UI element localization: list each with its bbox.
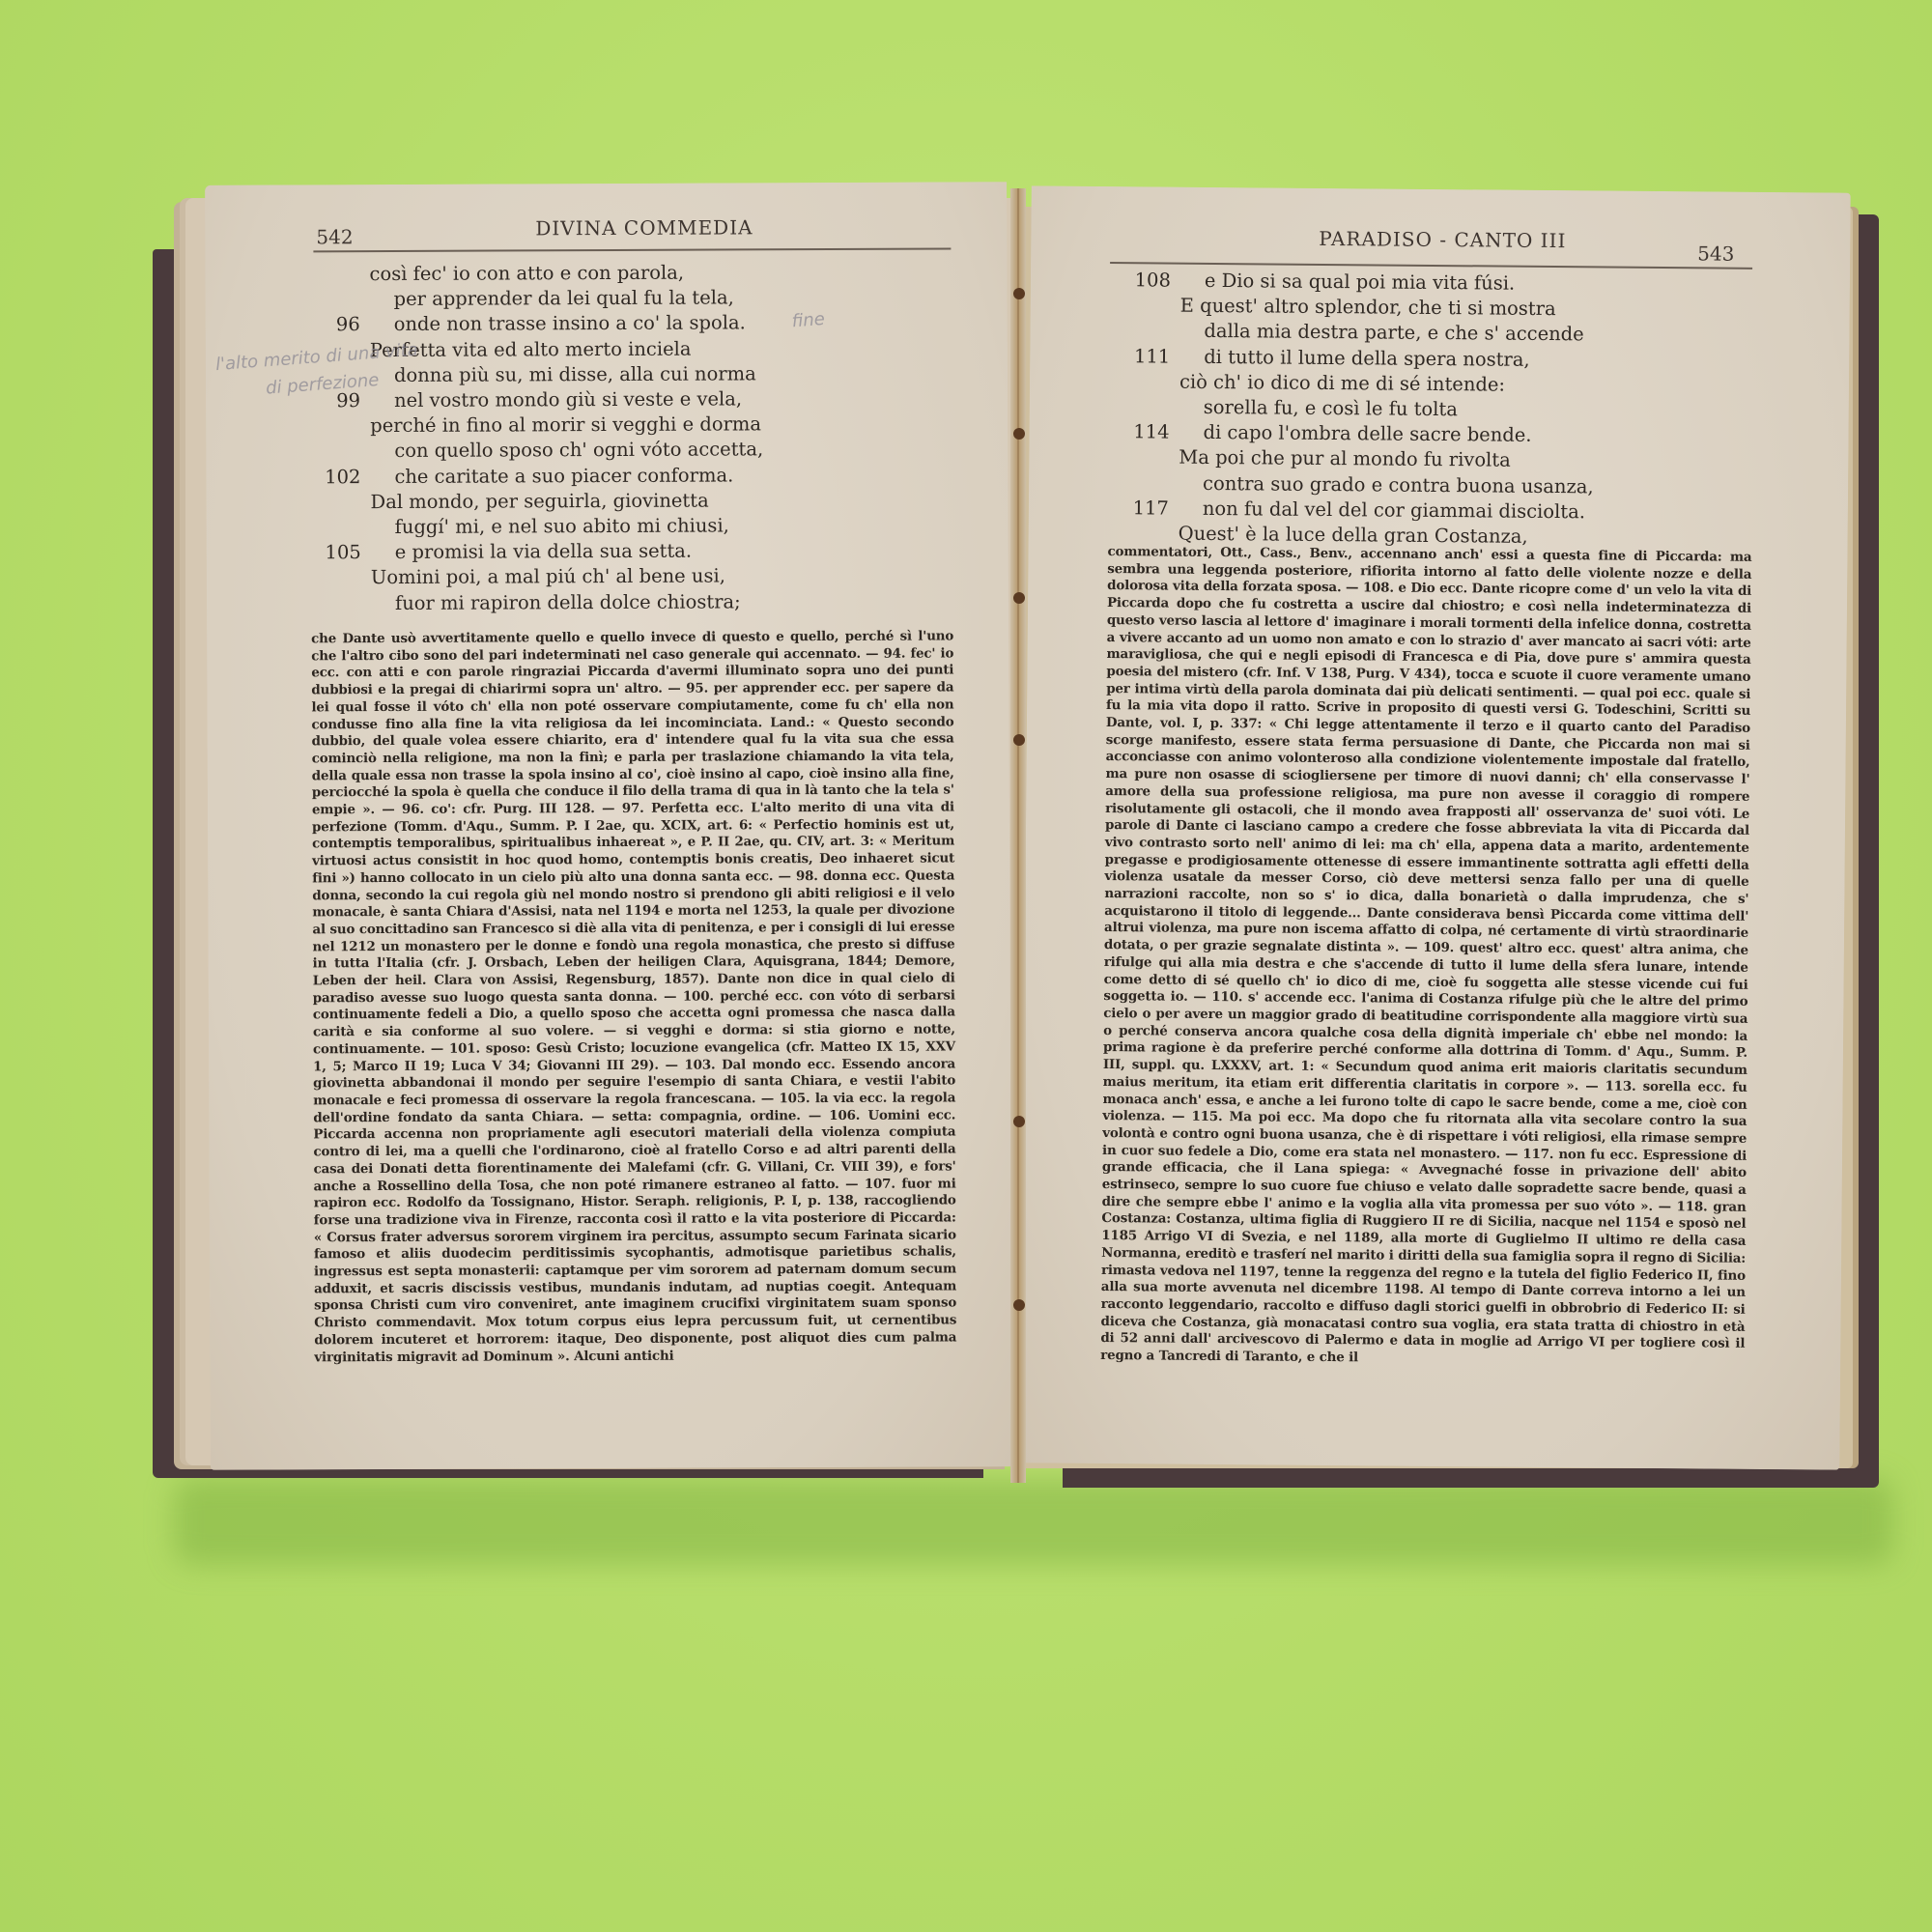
verse-text: dalla mia destra parte, e che s' accende bbox=[1204, 320, 1583, 345]
binding-stitch bbox=[1013, 592, 1025, 604]
verse-number: 114 bbox=[1121, 419, 1169, 445]
pencil-annotation: fine bbox=[791, 309, 826, 331]
verse-line: con quello sposo ch' ogni vóto accetta, bbox=[312, 437, 911, 465]
verse-text: ciò ch' io dico di me di sé intende: bbox=[1179, 370, 1505, 395]
verse-number: 117 bbox=[1121, 496, 1169, 522]
verse-line: 105e promisi la via della sua setta. bbox=[313, 538, 912, 566]
verse-number: 102 bbox=[312, 465, 360, 490]
verse-text: onde non trasse insino a co' la spola. bbox=[394, 312, 746, 336]
verse-text: nel vostro mondo giù si veste e vela, bbox=[394, 387, 742, 412]
verse-text: Uomini poi, a mal piú ch' al bene usi, bbox=[371, 565, 725, 589]
running-head-right: PARADISO - CANTO III bbox=[1319, 227, 1566, 252]
verse-block-right: 108e Dio si sa qual poi mia vita fúsi.E … bbox=[1121, 268, 1721, 552]
verse-text: fuggí' mi, e nel suo abito mi chiusi, bbox=[395, 514, 729, 538]
verse-text: perché in fino al morir si vegghi e dorm… bbox=[370, 413, 761, 438]
binding-stitch bbox=[1013, 1299, 1025, 1311]
verse-line: così fec' io con atto e con parola, bbox=[311, 260, 910, 288]
verse-text: che caritate a suo piacer conforma. bbox=[394, 464, 733, 488]
verse-line: fuggí' mi, e nel suo abito mi chiusi, bbox=[313, 513, 912, 541]
running-head-left: DIVINA COMMEDIA bbox=[535, 215, 753, 240]
verse-text: così fec' io con atto e con parola, bbox=[369, 262, 684, 285]
verse-text: donna più su, mi disse, alla cui norma bbox=[394, 362, 756, 386]
verse-text: non fu dal vel del cor giammai disciolta… bbox=[1203, 497, 1585, 523]
verse-line: donna più su, mi disse, alla cui norma bbox=[312, 360, 911, 388]
verse-number: 105 bbox=[313, 540, 361, 565]
verse-line: 102che caritate a suo piacer conforma. bbox=[312, 462, 911, 490]
verse-line: perché in fino al morir si vegghi e dorm… bbox=[312, 412, 911, 440]
verse-text: e promisi la via della sua setta. bbox=[395, 540, 692, 563]
header-rule-left bbox=[313, 247, 951, 252]
verse-text: contra suo grado e contra buona usanza, bbox=[1203, 472, 1594, 498]
verse-text: E quest' altro splendor, che ti si mostr… bbox=[1180, 295, 1556, 320]
commentary-left: che Dante usò avvertitamente quello e qu… bbox=[311, 628, 956, 1366]
page-number-left: 542 bbox=[316, 225, 353, 248]
verse-text: sorella fu, e così le fu tolta bbox=[1204, 396, 1458, 420]
verse-number: 111 bbox=[1122, 344, 1170, 370]
verse-text: di tutto il lume della spera nostra, bbox=[1204, 345, 1530, 370]
verse-text: fuor mi rapiron della dolce chiostra; bbox=[395, 590, 741, 614]
page-number-right: 543 bbox=[1697, 241, 1734, 265]
verse-text: di capo l'ombra delle sacre bende. bbox=[1203, 421, 1531, 446]
verse-line: fuor mi rapiron della dolce chiostra; bbox=[313, 588, 912, 616]
verse-line: 99nel vostro mondo giù si veste e vela, bbox=[312, 386, 911, 414]
verse-line: Uomini poi, a mal piú ch' al bene usi, bbox=[313, 563, 912, 591]
right-page: PARADISO - CANTO III 543 108e Dio si sa … bbox=[1020, 185, 1851, 1469]
verse-text: con quello sposo ch' ogni vóto accetta, bbox=[394, 439, 763, 463]
binding-stitch bbox=[1013, 428, 1025, 440]
verse-text: Dal mondo, per seguirla, giovinetta bbox=[370, 489, 708, 513]
binding-stitch bbox=[1013, 734, 1025, 746]
verse-text: Quest' è la luce della gran Costanza, bbox=[1179, 523, 1528, 548]
verse-number: 108 bbox=[1122, 268, 1171, 294]
verse-text: per apprender da lei qual fu la tela, bbox=[394, 287, 734, 311]
commentary-right: commentatori, Ott., Cass., Benv., accenn… bbox=[1100, 544, 1751, 1371]
binding-stitch bbox=[1013, 288, 1025, 299]
verse-line: Dal mondo, per seguirla, giovinetta bbox=[312, 487, 911, 515]
book-gutter-spine bbox=[1010, 188, 1026, 1483]
verse-text: e Dio si sa qual poi mia vita fúsi. bbox=[1205, 270, 1515, 295]
verse-text: Ma poi che pur al mondo fu rivolta bbox=[1179, 446, 1511, 471]
verse-number: 96 bbox=[312, 313, 360, 338]
left-page: 542 DIVINA COMMEDIA così fec' io con att… bbox=[205, 182, 1012, 1470]
book-shadow bbox=[174, 1478, 1893, 1565]
binding-stitch bbox=[1013, 1116, 1025, 1127]
